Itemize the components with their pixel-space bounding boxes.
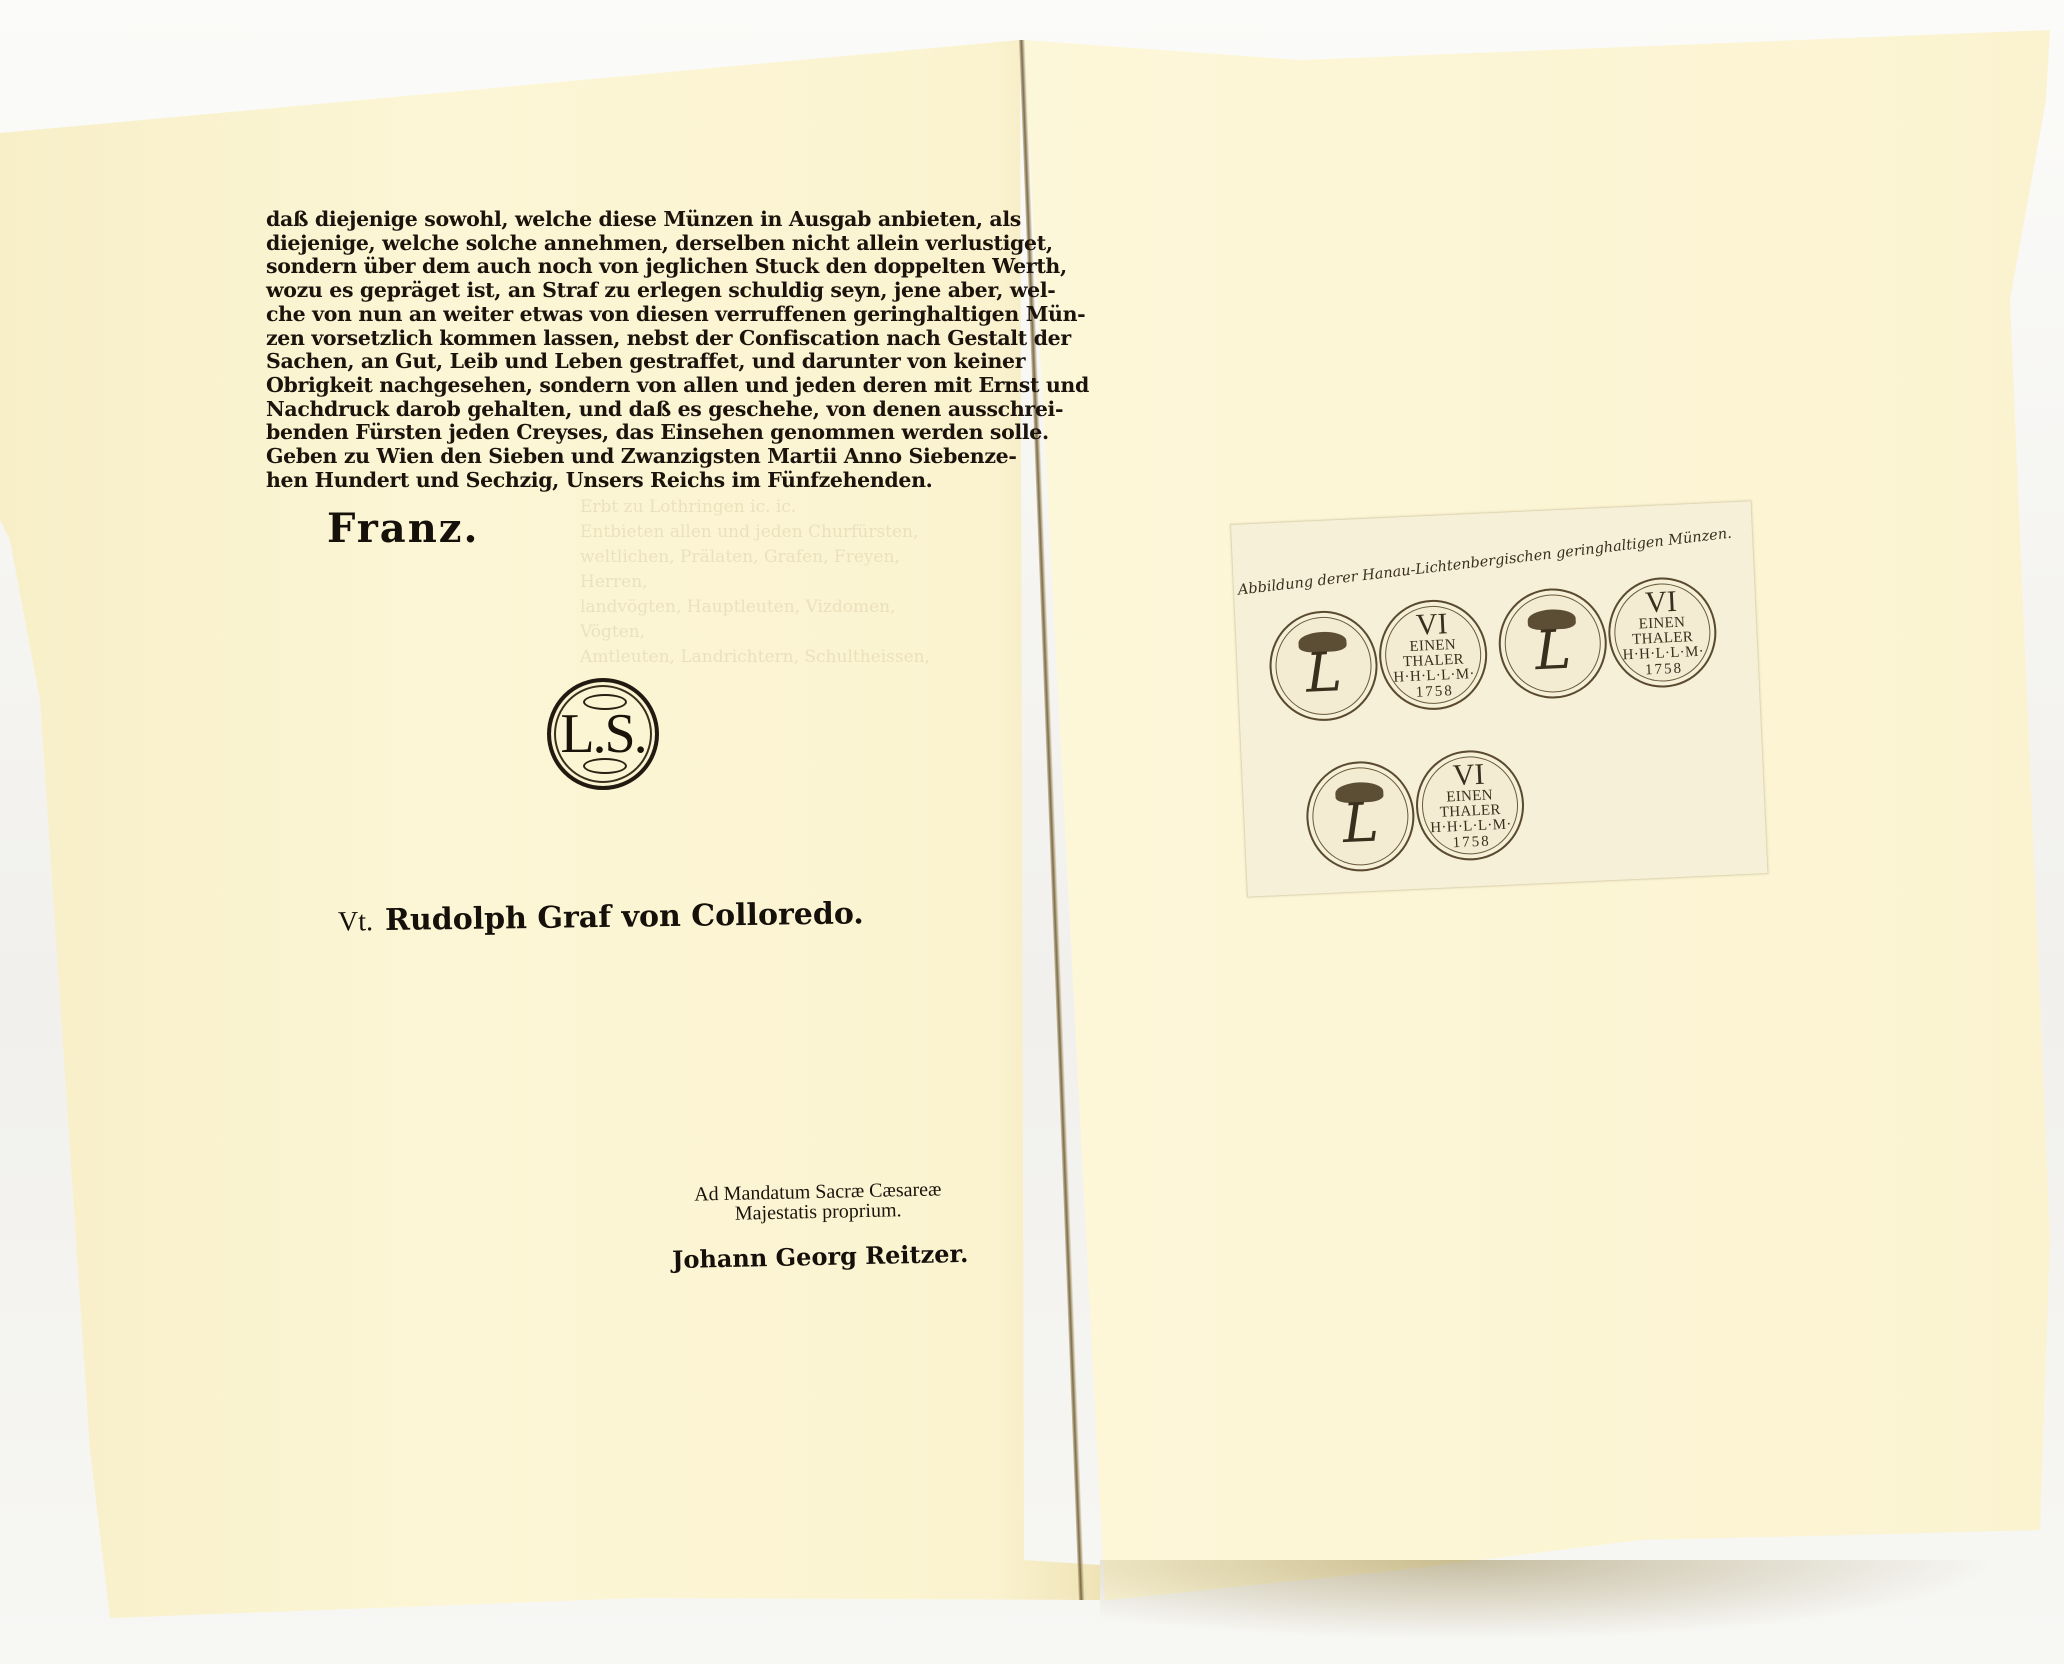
showthrough-line: Entbieten allen und jeden Churfürsten, — [580, 520, 960, 545]
countersignature: Vt.Rudolph Graf von Colloredo. — [338, 896, 864, 938]
body-line: Nachdruck darob gehalten, und daß es ges… — [266, 398, 906, 422]
body-line: Sachen, an Gut, Leib und Leben gestraffe… — [266, 350, 906, 374]
monogram-icon: L — [1342, 796, 1380, 852]
body-line: hen Hundert und Sechzig, Unsers Reichs i… — [266, 469, 906, 493]
secretary-signature: Johann Georg Reitzer. — [672, 1239, 969, 1274]
body-line: daß diejenige sowohl, welche diese Münze… — [266, 208, 906, 232]
body-line: sondern über dem auch noch von jeglichen… — [266, 255, 906, 279]
body-line: Geben zu Wien den Sieben und Zwanzigsten… — [266, 445, 906, 469]
document-spread: Erbt zu Lothringen ic. ic. Entbieten all… — [0, 0, 2064, 1664]
showthrough-line: weltlichen, Prälaten, Grafen, Freyen, He… — [580, 545, 960, 595]
body-line: Obrigkeit nachgesehen, sondern von allen… — [266, 374, 906, 398]
mandate-formula: Ad Mandatum Sacræ Cæsareæ Majestatis pro… — [668, 1179, 969, 1225]
coin-engraving-plate: Abbildung derer Hanau-Lichtenbergischen … — [1230, 500, 1768, 897]
paper-shadow — [1100, 1560, 2000, 1640]
coin-obverse-icon: L — [1496, 586, 1609, 701]
seal-ornament-icon — [583, 758, 627, 774]
monogram-icon: L — [1534, 623, 1572, 679]
monogram-icon: L — [1305, 645, 1343, 701]
seal-label: L.S. — [560, 702, 645, 766]
coin-year: 1758 — [1645, 660, 1684, 678]
coin-year: 1758 — [1415, 683, 1454, 701]
showthrough-line: Erbt zu Lothringen ic. ic. — [580, 495, 960, 520]
countersignature-name: Rudolph Graf von Colloredo. — [385, 896, 864, 938]
body-line: diejenige, welche solche annehmen, derse… — [266, 232, 906, 256]
coin-value: VI — [1415, 610, 1448, 639]
countersignature-prefix: Vt. — [338, 906, 373, 937]
showthrough-line: Amtleuten, Landrichtern, Schultheissen, — [580, 645, 960, 670]
showthrough-text: Erbt zu Lothringen ic. ic. Entbieten all… — [580, 495, 960, 670]
body-line: benden Fürsten jeden Creyses, das Einseh… — [266, 421, 906, 445]
coin-value: VI — [1645, 587, 1678, 616]
coin-reverse: VI EINEN THALER H·H·L·L·M· 1758 — [1606, 575, 1719, 690]
coin-year: 1758 — [1452, 833, 1491, 851]
body-line: zen vorsetzlich kommen lassen, nebst der… — [266, 327, 906, 351]
showthrough-line: landvögten, Hauptleuten, Vizdomen, Vögte… — [580, 595, 960, 645]
coin-obverse-icon: L — [1267, 609, 1380, 724]
coin-reverse: VI EINEN THALER H·H·L·L·M· 1758 — [1414, 748, 1527, 863]
emperor-signature: Franz. — [327, 505, 479, 552]
body-line: wozu es gepräget ist, an Straf zu erlege… — [266, 279, 906, 303]
coin-obverse-icon: L — [1304, 759, 1417, 874]
coin-reverse: VI EINEN THALER H·H·L·L·M· 1758 — [1377, 598, 1490, 713]
coin-value: VI — [1452, 760, 1485, 789]
seal-ornament-icon — [583, 694, 627, 710]
seal-ls-icon: L.S. — [547, 678, 659, 790]
mandate-body-text: daß diejenige sowohl, welche diese Münze… — [266, 208, 906, 492]
body-line: che von nun an weiter etwas von diesen v… — [266, 303, 906, 327]
